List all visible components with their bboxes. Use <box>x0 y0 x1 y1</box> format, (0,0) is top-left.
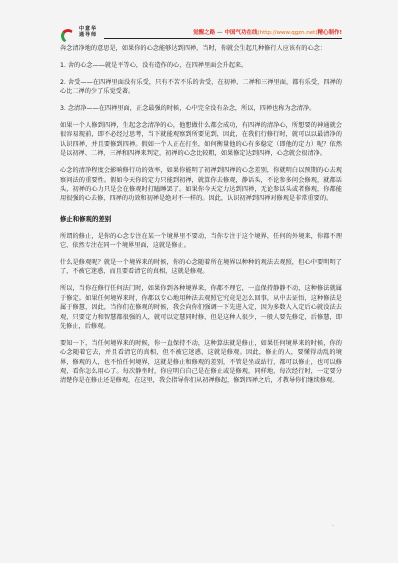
paragraph-efficiency: 心念的清净程度会影响修行功的效率，如果你能明了初禅到四禅的心念差别，你就明白以预… <box>60 166 342 204</box>
paragraph-definition-guan: 什么是修观呢？就是一个境界来的时候，你的心念随着所在境界以种种的观法去观照，但心… <box>60 258 342 277</box>
header-title-suffix: 精心制作! <box>317 30 342 36</box>
header-site-name: 中国气功在线 <box>224 30 257 36</box>
document-body: 奔念清净地的意思是，如果你的心念能够达到四禅，当时，你就会生起几种修行人应该有的… <box>60 44 342 393</box>
list-item-2: 2. 舍受——在四禅里面没有乐受，只有不苦不乐的舍受，在初禅、二禅和三禅里面，都… <box>60 78 342 97</box>
list-item-3: 3. 念清净——在四禅里面，正念最强的时候，心中完全没有杂念，所以，四禅也称为念… <box>60 104 342 113</box>
header-title-main: 觉醒之路 <box>193 30 215 36</box>
document-page: 中意华 通导师 觉醒之路 — 中国气功在线(http://www.qgzn.ne… <box>0 0 398 563</box>
logo-text: 中意华 通导师 <box>79 26 99 38</box>
logo-arc-icon <box>60 28 76 44</box>
header-site-url[interactable]: (http://www.qgzn.net) <box>257 30 317 36</box>
paragraph-practice: 所以，当你在修行任何法门时，如果你到各种境界来，你都不理它，一直保持静静不动，这… <box>60 284 342 331</box>
section-heading: 修止和修观的差别 <box>60 215 111 224</box>
paragraph-four-dhyana: 如果一个人修到四禅，生起念念清净的心，他想做什么都会成功，有四禅的清净心，所想要… <box>60 121 342 159</box>
paragraph-definition-zhi: 所谓的修止，是你的心念专注在某一个境界里不要动，当你专注于这个境界，任何的外境来… <box>60 232 342 251</box>
header-divider <box>104 38 342 39</box>
paragraph-intro: 奔念清净地的意思是，如果你的心念能够达到四禅，当时，你就会生起几种修行人应该有的… <box>60 44 342 53</box>
list-item-1: 1. 舍的心念——就是平等心，没有造作的心，在四禅里面会升起来。 <box>60 61 342 70</box>
page-number: - <box>332 523 334 529</box>
paragraph-summary: 要知一下，当任何境界来的时候，你一直保持不动，这种算法就是修止，如果任何境界来的… <box>60 339 342 386</box>
header-title: 觉醒之路 — 中国气功在线(http://www.qgzn.net)精心制作! <box>193 30 342 37</box>
site-logo: 中意华 通导师 <box>60 26 104 44</box>
page-header: 中意华 通导师 觉醒之路 — 中国气功在线(http://www.qgzn.ne… <box>60 26 342 44</box>
